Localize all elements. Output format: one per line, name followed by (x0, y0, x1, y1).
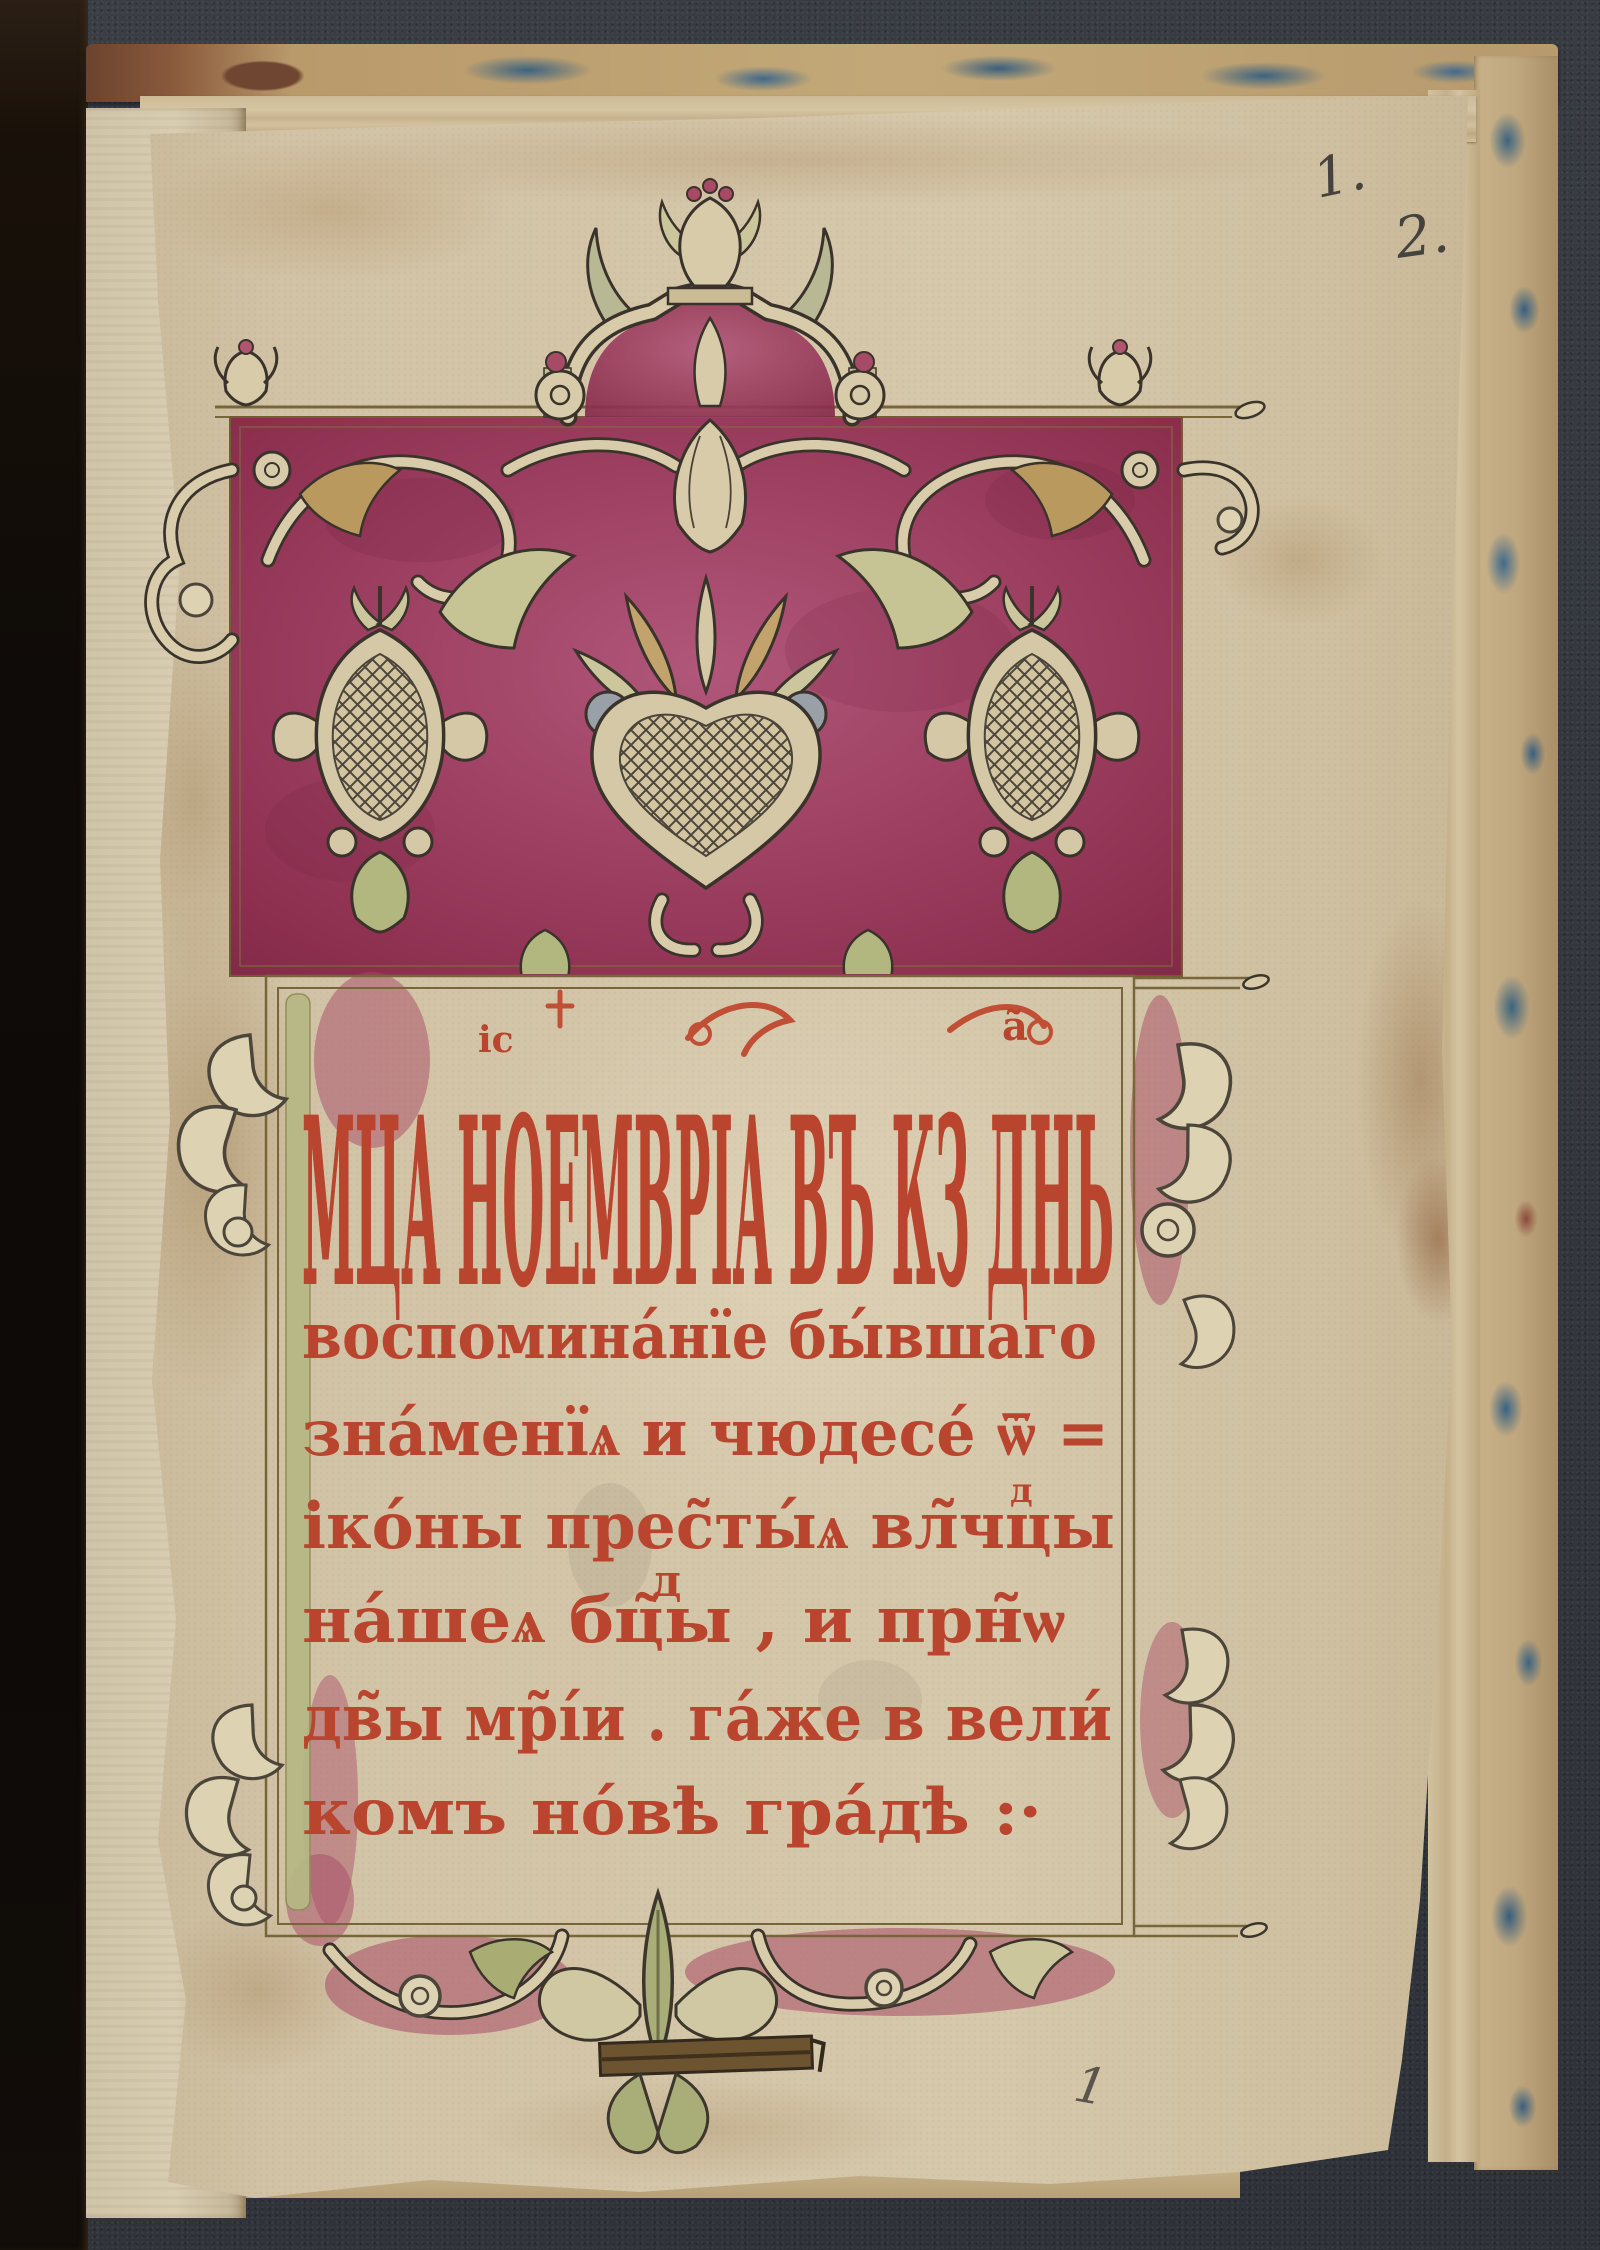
right-marbled-endpaper-edge (1474, 56, 1558, 2170)
manuscript-page (0, 0, 1600, 2250)
top-board-marbled-edge (86, 44, 1558, 102)
manuscript-photo: іс а̃ МЦА НОЕМВРІА ВЪ КЗ ДНЬ воспомина́н… (0, 0, 1600, 2250)
book-spine-edge (0, 0, 88, 2250)
